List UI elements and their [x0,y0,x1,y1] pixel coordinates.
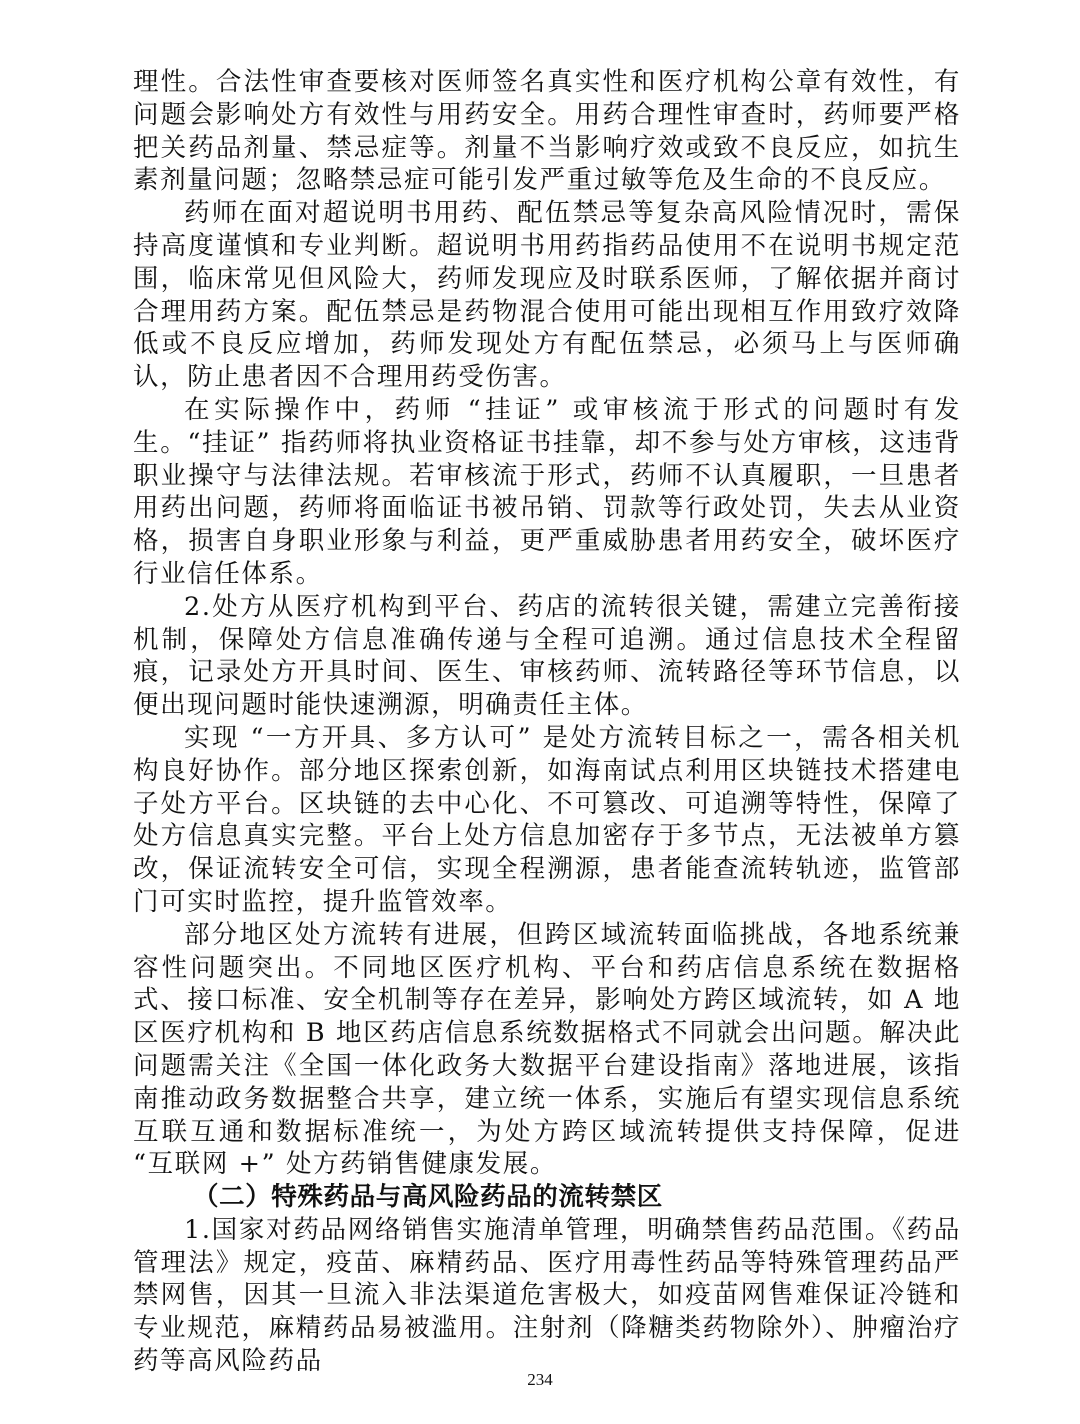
paragraph: 1.国家对药品网络销售实施清单管理，明确禁售药品范围。《药品管理法》规定，疫苗、… [133,1214,961,1378]
document-page: 理性。合法性审查要核对医师签名真实性和医疗机构公章有效性，有问题会影响处方有效性… [0,0,1080,1424]
paragraph: 部分地区处方流转有进展，但跨区域流转面临挑战，各地系统兼容性问题突出。不同地区医… [133,919,961,1181]
paragraph: 2.处方从医疗机构到平台、药店的流转很关键，需建立完善衔接机制，保障处方信息准确… [133,591,961,722]
body-text: 理性。合法性审查要核对医师签名真实性和医疗机构公章有效性，有问题会影响处方有效性… [133,66,961,1378]
section-heading: （二）特殊药品与高风险药品的流转禁区 [133,1181,961,1214]
paragraph: 理性。合法性审查要核对医师签名真实性和医疗机构公章有效性，有问题会影响处方有效性… [133,66,961,197]
page-number: 234 [0,1370,1080,1390]
paragraph: 实现 “一方开具、多方认可” 是处方流转目标之一，需各相关机构良好协作。部分地区… [133,722,961,919]
paragraph: 药师在面对超说明书用药、配伍禁忌等复杂高风险情况时，需保持高度谨慎和专业判断。超… [133,197,961,394]
paragraph: 在实际操作中，药师 “挂证” 或审核流于形式的问题时有发生。“挂证” 指药师将执… [133,394,961,591]
